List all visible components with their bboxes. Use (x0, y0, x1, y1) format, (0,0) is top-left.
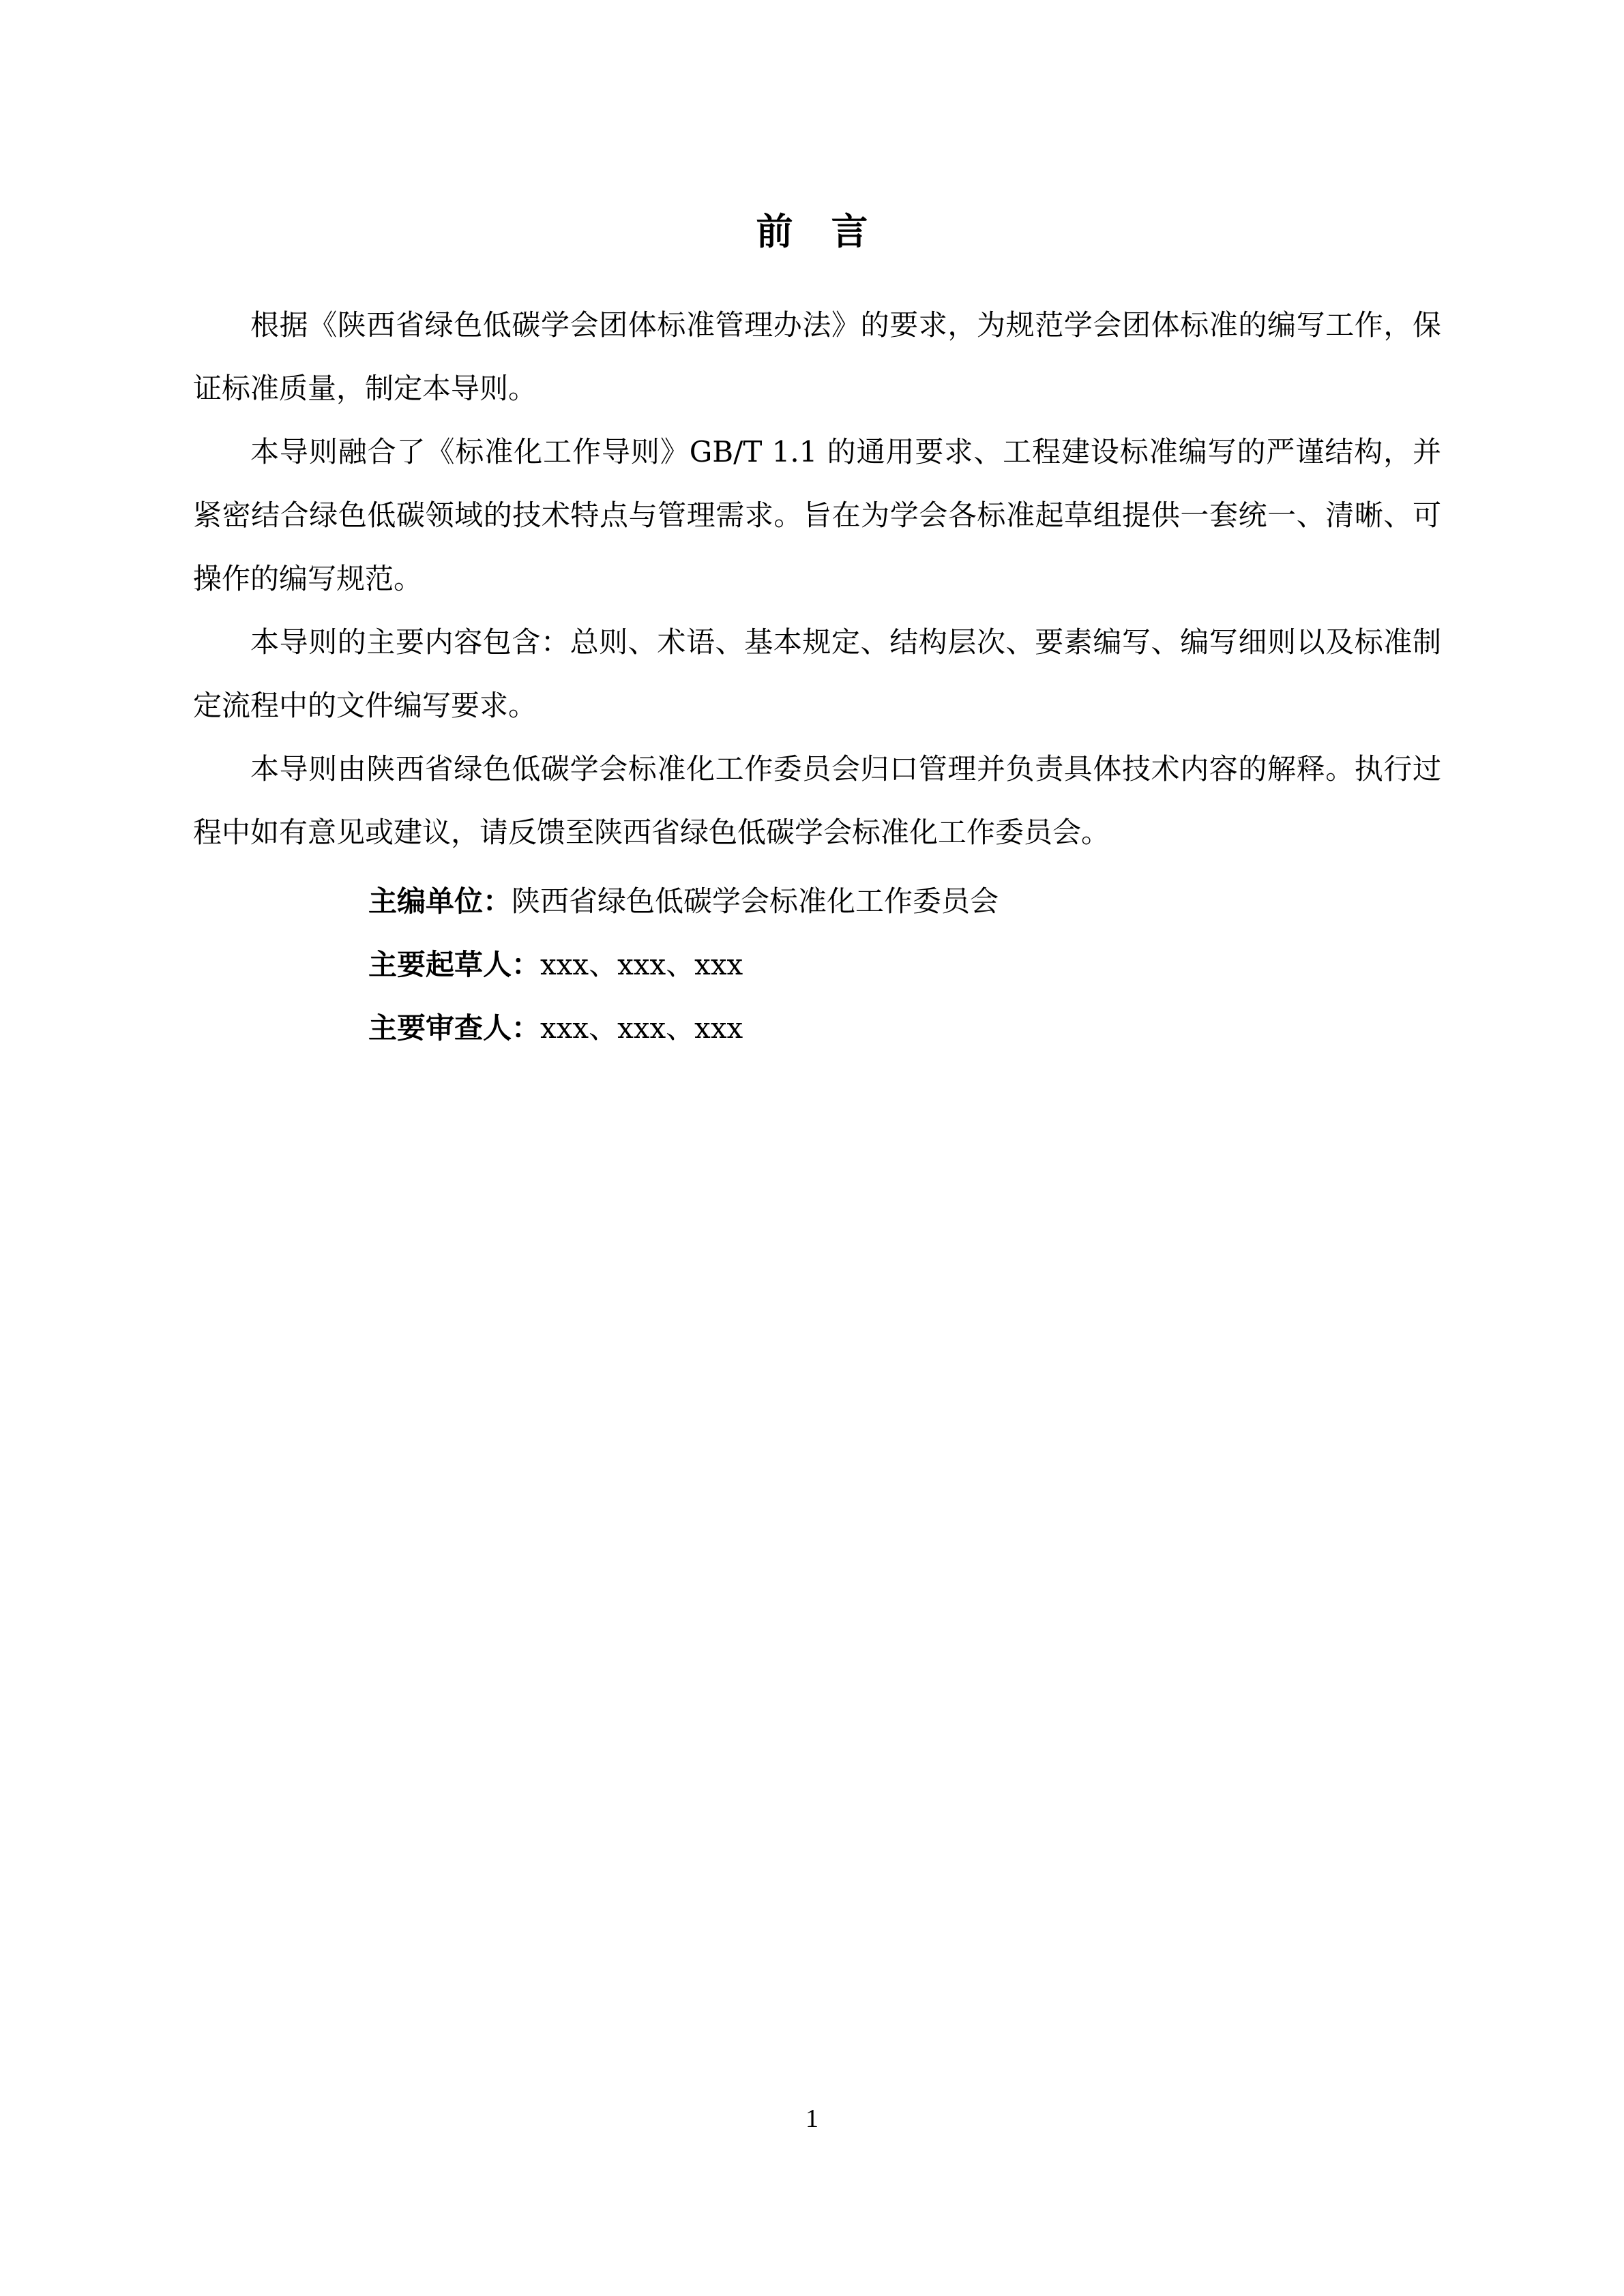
document-page: 前言 根据《陕西省绿色低碳学会团体标准管理办法》的要求，为规范学会团体标准的编写… (0, 0, 1624, 2296)
credits-block: 主编单位：陕西省绿色低碳学会标准化工作委员会 主要起草人：xxx、xxx、xxx… (368, 869, 999, 1060)
credit-label: 主要审查人： (368, 1011, 540, 1045)
credit-reviewers: 主要审查人：xxx、xxx、xxx (368, 996, 999, 1060)
paragraph: 本导则的主要内容包含：总则、术语、基本规定、结构层次、要素编写、编写细则以及标准… (193, 610, 1441, 737)
credit-value: xxx、xxx、xxx (540, 1011, 743, 1045)
page-number: 1 (0, 2104, 1624, 2134)
page-title: 前言 (0, 205, 1624, 259)
paragraph: 根据《陕西省绿色低碳学会团体标准管理办法》的要求，为规范学会团体标准的编写工作，… (193, 293, 1441, 420)
credit-editor-unit: 主编单位：陕西省绿色低碳学会标准化工作委员会 (368, 869, 999, 933)
credit-value: xxx、xxx、xxx (540, 948, 743, 981)
paragraph: 本导则融合了《标准化工作导则》GB/T 1.1 的通用要求、工程建设标准编写的严… (193, 420, 1441, 610)
foreword-body: 根据《陕西省绿色低碳学会团体标准管理办法》的要求，为规范学会团体标准的编写工作，… (193, 293, 1441, 864)
paragraph: 本导则由陕西省绿色低碳学会标准化工作委员会归口管理并负责具体技术内容的解释。执行… (193, 737, 1441, 864)
credit-label: 主编单位： (368, 884, 512, 918)
credit-drafters: 主要起草人：xxx、xxx、xxx (368, 933, 999, 996)
credit-value: 陕西省绿色低碳学会标准化工作委员会 (512, 884, 999, 918)
credit-label: 主要起草人： (368, 948, 540, 981)
